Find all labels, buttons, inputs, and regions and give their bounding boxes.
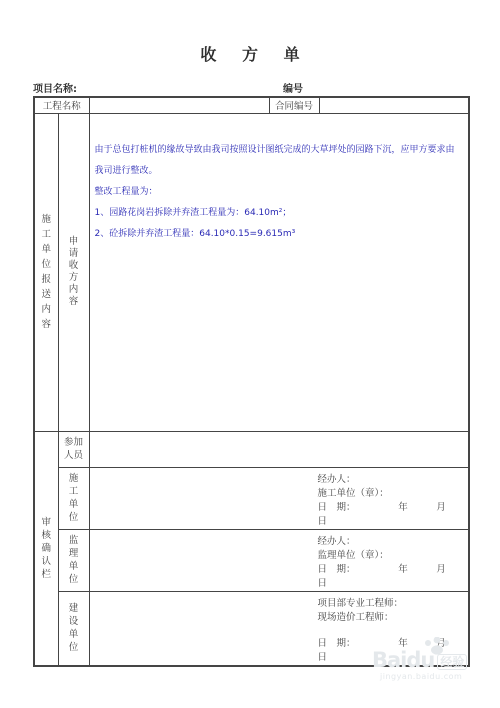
construction-unit-sign-cell: 经办人： 施工单位（章）： 日 期： 年 月 日 — [89, 467, 469, 529]
participants-value-cell — [89, 431, 469, 467]
report-item-2: 2、砼拆除并弃渣工程量：64.10*0.15=9.615m³ — [95, 224, 463, 245]
review-section-label-cell: 审核确认栏 — [34, 431, 58, 666]
owner-unit-label-cell: 建设单位 — [58, 591, 89, 666]
supervision-unit-sign-cell: 经办人： 监理单位（章）： 日 期： 年 月 日 — [89, 529, 469, 591]
table-row: 施工单位报送内容 申请收方内容 由于总包打桩机的缘故导致由我司按照设计图纸完成的… — [34, 113, 469, 431]
table-row: 监理单位 经办人： 监理单位（章）： 日 期： 年 月 日 — [34, 529, 469, 591]
watermark-url: jingyan.baidu.com — [380, 672, 498, 681]
date-line: 日 期： 年 月 日 — [318, 563, 465, 591]
report-section-label: 施工单位报送内容 — [42, 212, 52, 332]
project-name-header: 工程名称 — [34, 97, 89, 113]
date-line: 日 期： 年 月 日 — [318, 501, 465, 529]
supervision-unit-label: 监理单位 — [69, 534, 79, 586]
report-paragraph: 由于总包打桩机的缘故导致由我司按照设计图纸完成的大草坪处的园路下沉，应甲方要求由… — [95, 140, 463, 182]
report-subtitle: 整改工程量为： — [95, 182, 463, 203]
watermark-badge: 经验 — [437, 654, 467, 670]
number-label: 编号 — [283, 80, 303, 95]
request-label-cell: 申请收方内容 — [58, 113, 89, 431]
handler-label: 经办人： — [318, 535, 465, 549]
supervision-unit-label-cell: 监理单位 — [58, 529, 89, 591]
paw-icon — [420, 637, 454, 655]
report-content-cell: 由于总包打桩机的缘故导致由我司按照设计图纸完成的大草坪处的园路下沉，应甲方要求由… — [89, 113, 469, 431]
report-section-label-cell: 施工单位报送内容 — [34, 113, 58, 431]
participants-label-cell: 参加人员 — [58, 431, 89, 467]
cost-engineer-label: 现场造价工程师： — [318, 611, 465, 625]
owner-unit-label: 建设单位 — [69, 602, 79, 654]
review-section-label: 审核确认栏 — [42, 516, 52, 581]
project-engineer-label: 项目部专业工程师： — [318, 597, 465, 611]
contract-number-value — [319, 97, 469, 113]
handler-label: 经办人： — [318, 473, 465, 487]
document-page: 收 方 单 项目名称: 编号 工程名称 合同编号 施工单位报送内容 申请收方内容… — [0, 0, 500, 708]
project-name-label: 项目名称: — [33, 80, 77, 95]
report-item-1: 1、园路花岗岩拆除并弃渣工程量为：64.10m²； — [95, 203, 463, 224]
table-row: 审核确认栏 参加人员 — [34, 431, 469, 467]
baidu-jingyan-watermark: Baidu 经验 jingyan.baidu.com — [372, 650, 498, 681]
supervision-unit-seal-label: 监理单位（章）： — [318, 549, 465, 563]
construction-unit-label-cell: 施工单位 — [58, 467, 89, 529]
page-title: 收 方 单 — [0, 42, 500, 65]
project-name-value — [89, 97, 269, 113]
contract-number-header: 合同编号 — [269, 97, 319, 113]
construction-unit-seal-label: 施工单位（章）： — [318, 487, 465, 501]
participants-label: 参加人员 — [62, 436, 85, 462]
table-row: 施工单位 经办人： 施工单位（章）： 日 期： 年 月 日 — [34, 467, 469, 529]
request-label: 申请收方内容 — [69, 236, 79, 308]
receipt-form-table: 工程名称 合同编号 施工单位报送内容 申请收方内容 由于总包打桩机的缘故导致由我… — [33, 96, 470, 667]
table-row: 工程名称 合同编号 — [34, 97, 469, 113]
construction-unit-label: 施工单位 — [69, 472, 79, 524]
